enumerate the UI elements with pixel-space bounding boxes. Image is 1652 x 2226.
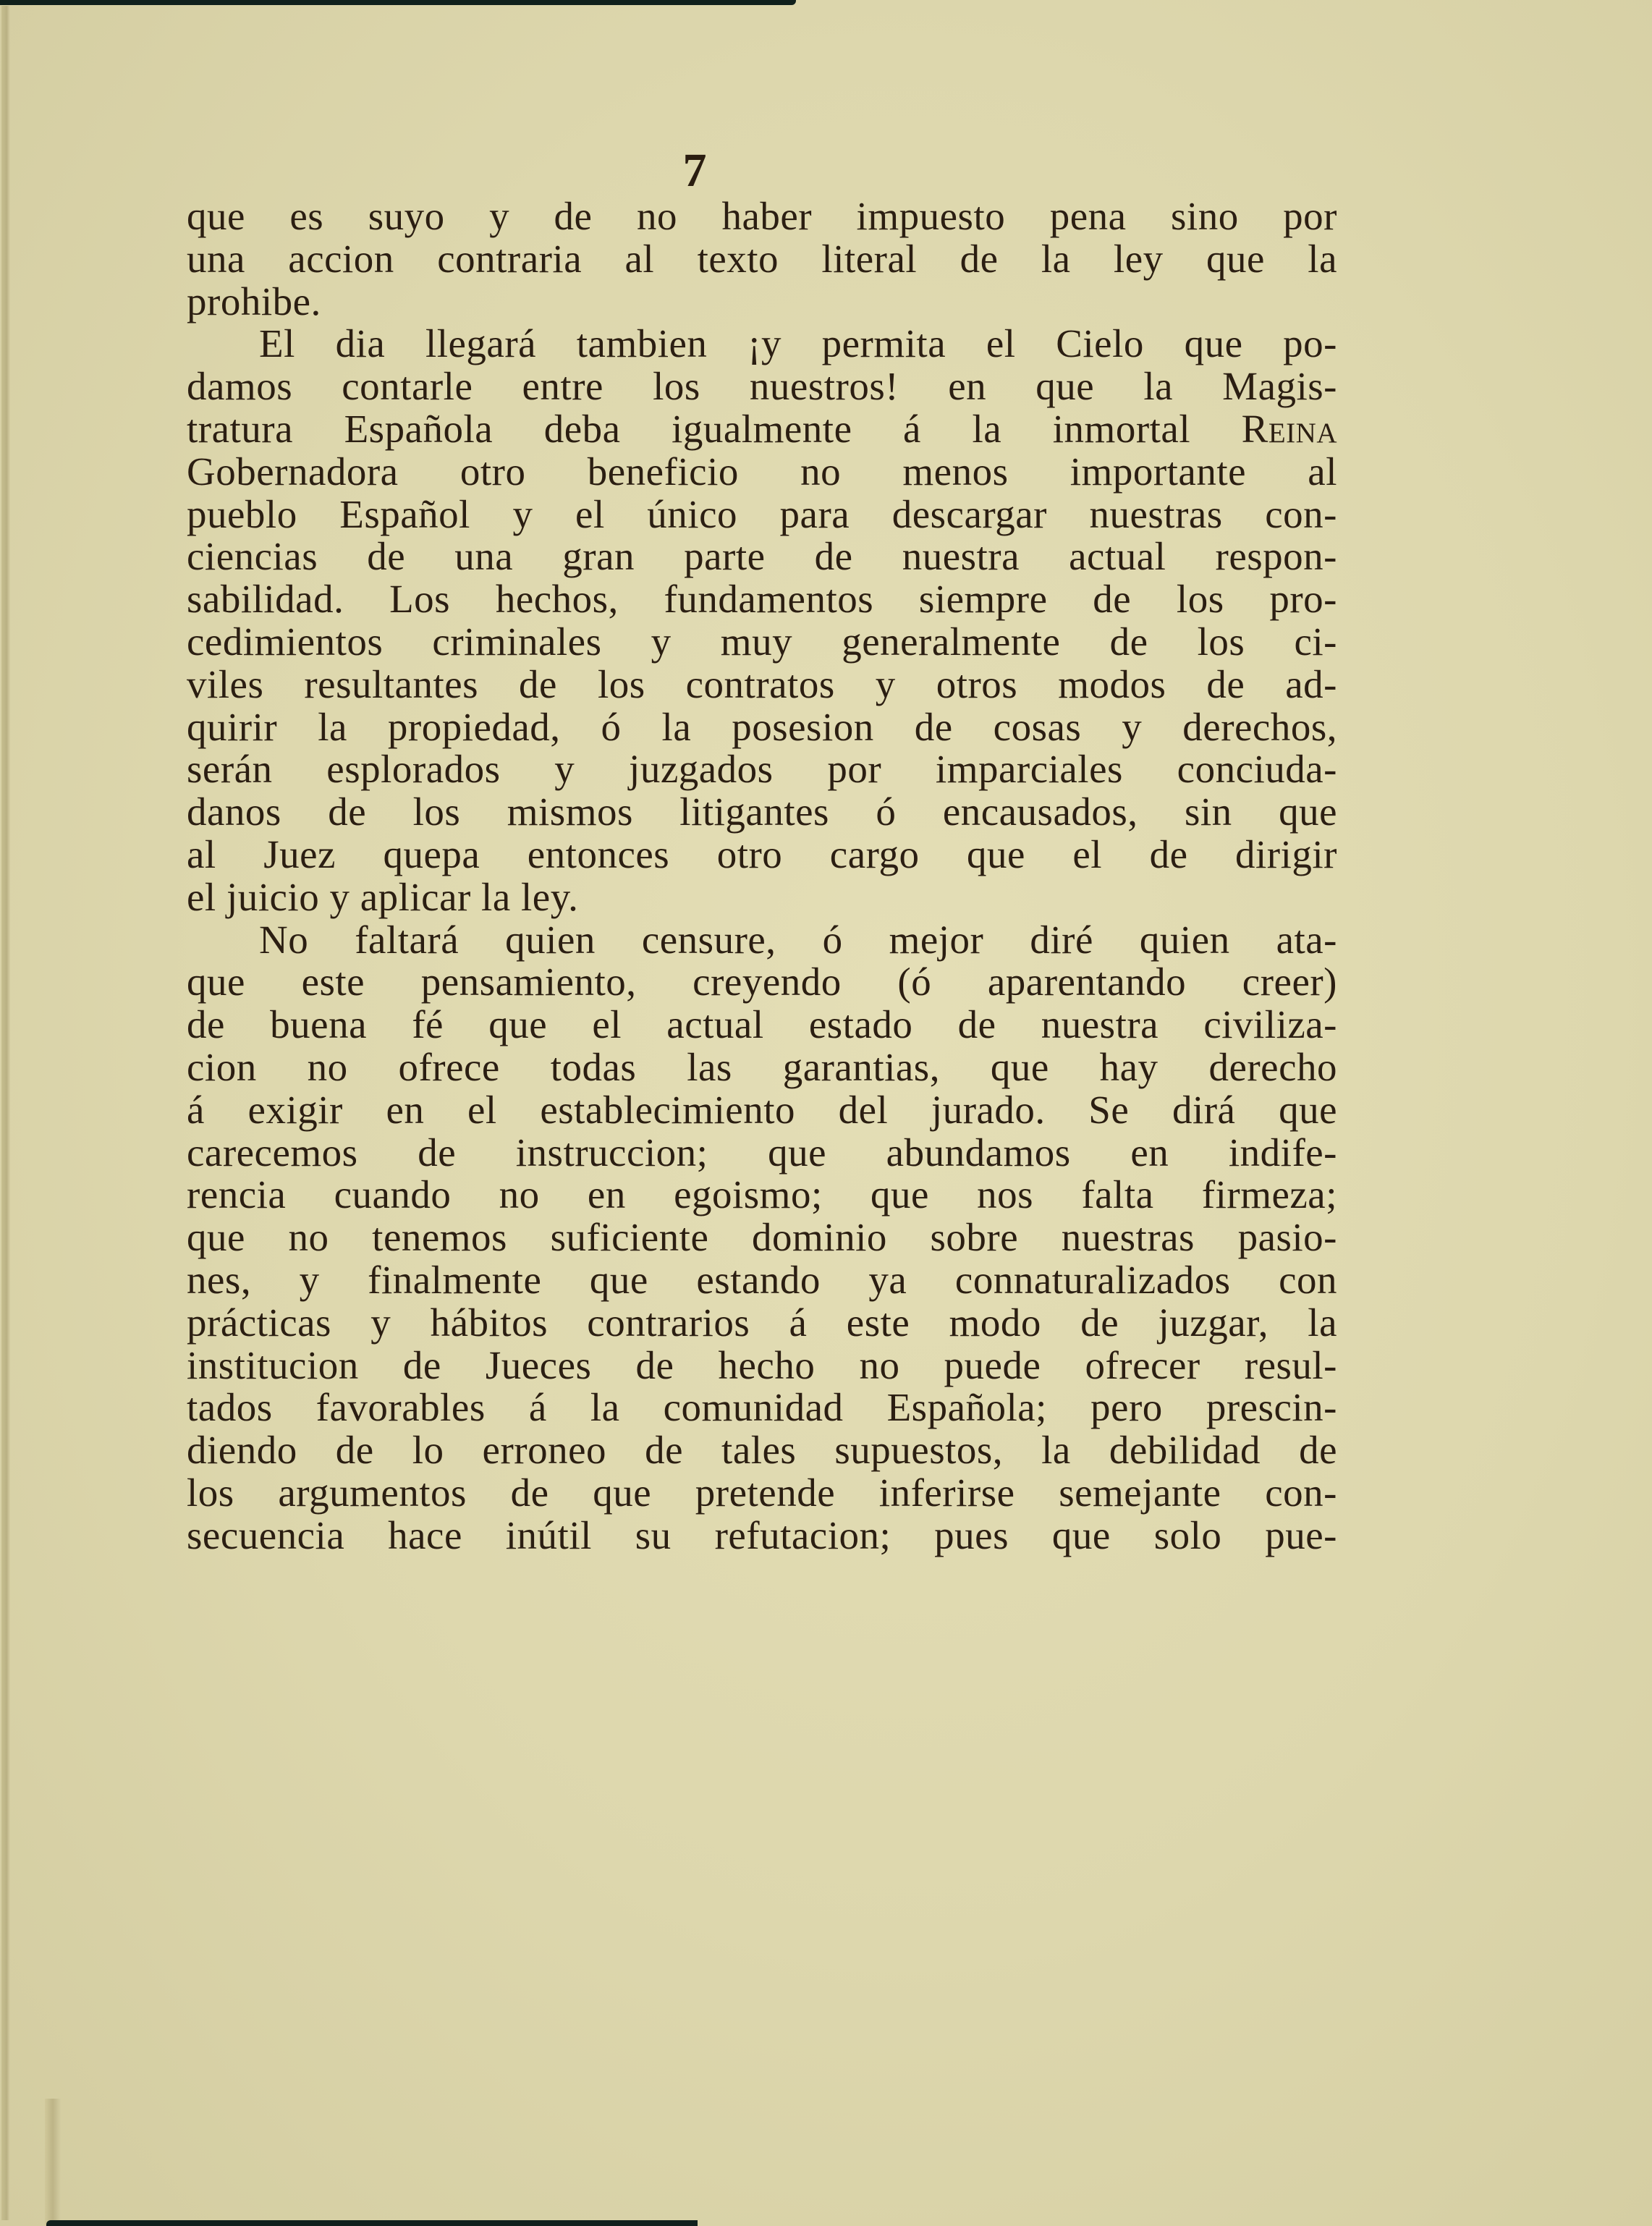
text-line: el juicio y aplicar la ley. bbox=[187, 876, 1337, 919]
text-line: rencia cuando no en egoismo; que nos fal… bbox=[187, 1174, 1337, 1216]
text-line: tados favorables á la comunidad Española… bbox=[187, 1387, 1337, 1429]
text-line: cedimientos criminales y muy generalment… bbox=[187, 621, 1337, 664]
paragraph: que es suyo y de no haber impuesto pena … bbox=[187, 195, 1337, 323]
text-line: cion no ofrece todas las garantias, que … bbox=[187, 1046, 1337, 1089]
text-line: pueblo Español y el único para descargar… bbox=[187, 494, 1337, 536]
text-line: que no tenemos suficiente dominio sobre … bbox=[187, 1216, 1337, 1259]
scan-top-edge bbox=[0, 0, 796, 5]
text-line: diendo de lo erroneo de tales supuestos,… bbox=[187, 1429, 1337, 1472]
text-line: damos contarle entre los nuestros! en qu… bbox=[187, 365, 1337, 408]
text-line: secuencia hace inútil su refutacion; pue… bbox=[187, 1515, 1337, 1557]
scan-bottom-edge bbox=[46, 2220, 698, 2226]
text-line: institucion de Jueces de hecho no puede … bbox=[187, 1345, 1337, 1387]
text-line: ciencias de una gran parte de nuestra ac… bbox=[187, 536, 1337, 578]
text-line: á exigir en el establecimiento del jurad… bbox=[187, 1089, 1337, 1132]
text-line: carecemos de instruccion; que abundamos … bbox=[187, 1132, 1337, 1175]
text-line: prohibe. bbox=[187, 281, 1337, 323]
text-line: prácticas y hábitos contrarios á este mo… bbox=[187, 1302, 1337, 1345]
text-line: que este pensamiento, creyendo (ó aparen… bbox=[187, 961, 1337, 1004]
page-gutter-shadow bbox=[45, 2099, 61, 2226]
page-gutter-fold bbox=[1, 6, 10, 2220]
scanned-page: 7 que es suyo y de no haber impuesto pen… bbox=[0, 0, 1652, 2226]
text-line: los argumentos de que pretende inferirse… bbox=[187, 1472, 1337, 1515]
paragraph: El dia llegará tambien ¡y permita el Cie… bbox=[187, 323, 1337, 918]
page-number: 7 bbox=[673, 143, 716, 198]
text-line: viles resultantes de los contratos y otr… bbox=[187, 664, 1337, 706]
text-line: sabilidad. Los hechos, fundamentos siemp… bbox=[187, 578, 1337, 621]
smallcaps-word: Reina bbox=[1242, 407, 1337, 451]
body-text: que es suyo y de no haber impuesto pena … bbox=[187, 195, 1337, 1557]
text-line: No faltará quien censure, ó mejor diré q… bbox=[187, 919, 1337, 962]
text-line: una accion contraria al texto literal de… bbox=[187, 238, 1337, 281]
text-line: serán esplorados y juzgados por imparcia… bbox=[187, 748, 1337, 791]
text-line: al Juez quepa entonces otro cargo que el… bbox=[187, 834, 1337, 876]
text-line: El dia llegará tambien ¡y permita el Cie… bbox=[187, 323, 1337, 365]
text-line: quirir la propiedad, ó la posesion de co… bbox=[187, 706, 1337, 749]
paragraph: No faltará quien censure, ó mejor diré q… bbox=[187, 919, 1337, 1557]
text-line: Gobernadora otro beneficio no menos impo… bbox=[187, 451, 1337, 494]
text-line: de buena fé que el actual estado de nues… bbox=[187, 1004, 1337, 1046]
text-line: tratura Española deba igualmente á la in… bbox=[187, 408, 1337, 451]
text-line: nes, y finalmente que estando ya connatu… bbox=[187, 1259, 1337, 1302]
text-line: danos de los mismos litigantes ó encausa… bbox=[187, 791, 1337, 834]
text-line: que es suyo y de no haber impuesto pena … bbox=[187, 195, 1337, 238]
